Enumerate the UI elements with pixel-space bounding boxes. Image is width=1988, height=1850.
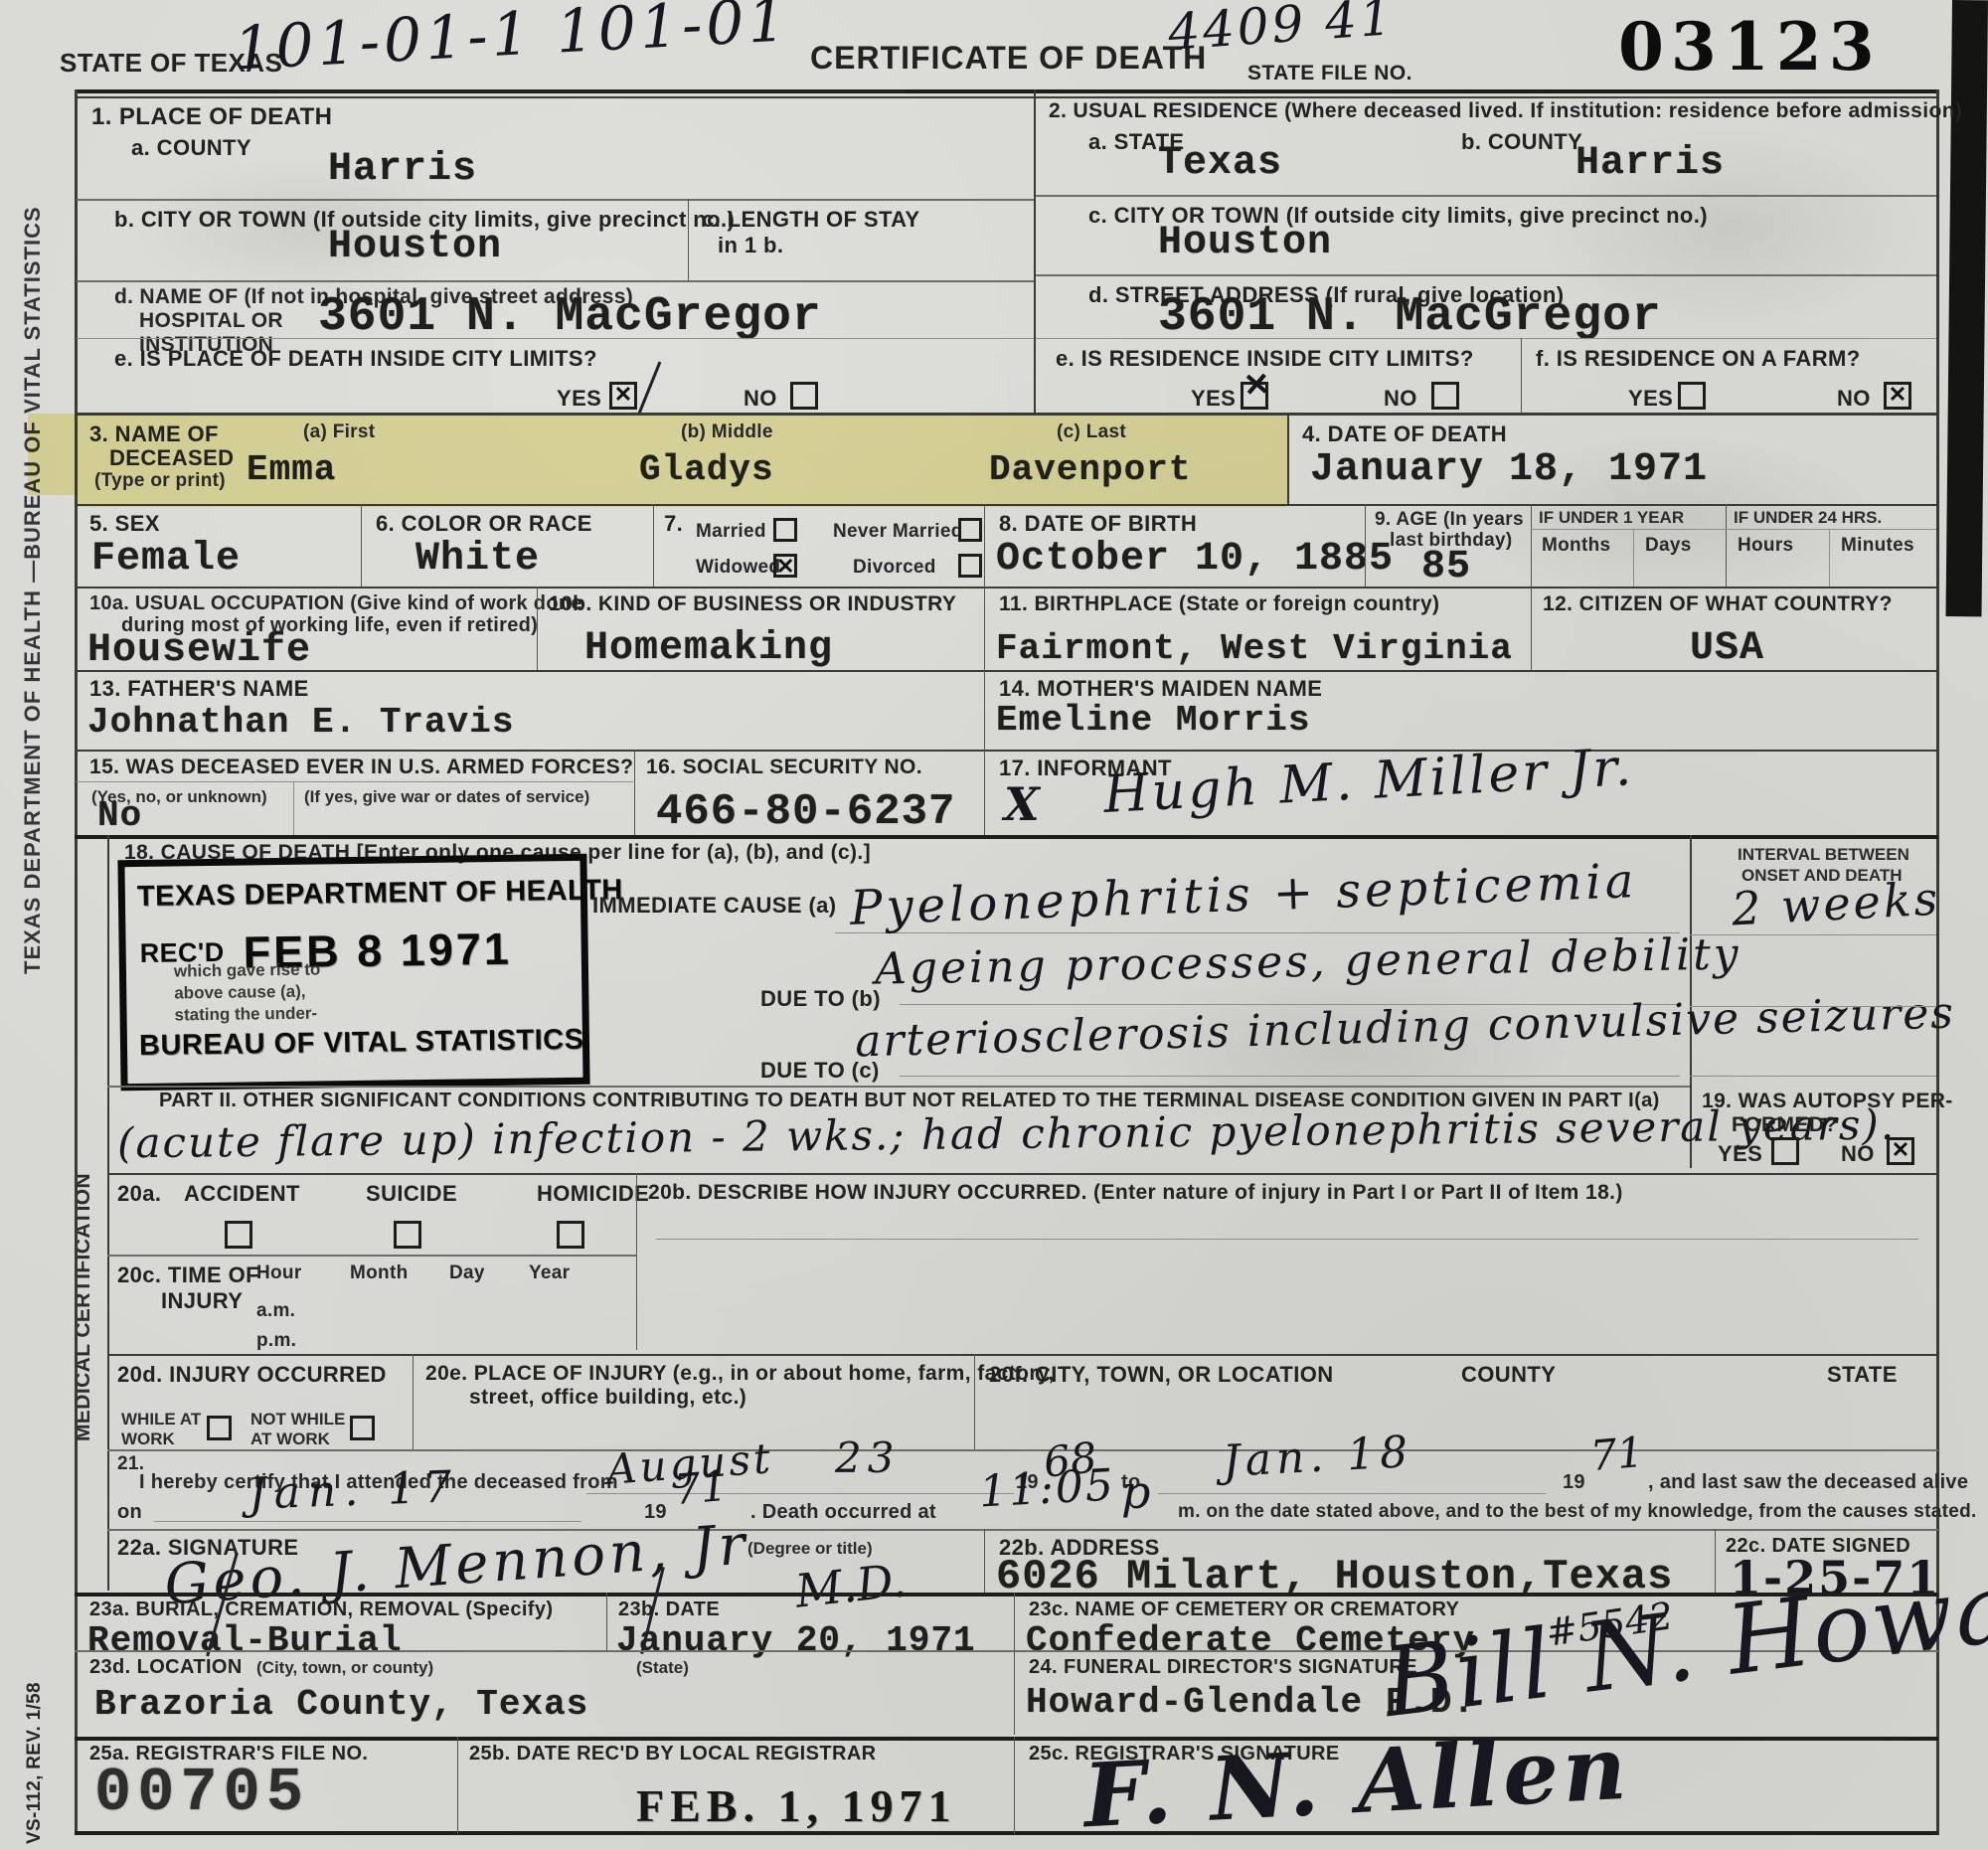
form-code-vertical-label: VS-112, REV. 1/58 — [24, 1670, 46, 1844]
injury-state-label: STATE — [1827, 1362, 1898, 1388]
death-inside-city-limits-label: e. IS PLACE OF DEATH INSIDE CITY LIMITS? — [114, 346, 597, 372]
usual-residence-title: 2. USUAL RESIDENCE (Where deceased lived… — [1049, 99, 1962, 123]
location-label: 23d. LOCATION — [89, 1656, 243, 1679]
divorced-checkbox — [958, 554, 982, 578]
middle-name-label: (b) Middle — [681, 421, 773, 443]
residence-city-no-checkbox — [1431, 382, 1459, 410]
death-ampm: p — [1121, 1465, 1150, 1519]
certificate-title: CERTIFICATE OF DEATH — [810, 40, 1207, 77]
stamp-bureau-line: BUREAU OF VITAL STATISTICS — [139, 1024, 584, 1063]
am-label: a.m. — [256, 1300, 295, 1322]
first-name-label: (a) First — [303, 421, 375, 443]
cause-note-line1: which gave rise to — [174, 959, 321, 981]
name-of-deceased-label3: (Type or print) — [94, 470, 226, 492]
occupation-label1: 10a. USUAL OCCUPATION (Give kind of work… — [89, 592, 582, 615]
hospital-name-value: 3601 N. MacGregor — [318, 290, 822, 344]
married-label: Married — [696, 521, 766, 543]
hours-label: Hours — [1738, 535, 1793, 557]
not-while-label1: NOT WHILE — [250, 1410, 345, 1430]
autopsy-label2: FORMED? — [1732, 1113, 1838, 1137]
state-file-no-label: STATE FILE NO. — [1247, 62, 1412, 85]
birthplace-value: Fairmont, West Virginia — [996, 628, 1513, 669]
accident-checkbox — [225, 1221, 252, 1249]
due-to-b-label: DUE TO (b) — [760, 986, 881, 1012]
death-city-no-label: NO — [744, 386, 777, 412]
mothers-maiden-name-value: Emeline Morris — [996, 700, 1310, 741]
handwritten-district-code: 101-01-1 101-01 — [233, 0, 792, 84]
sex-label: 5. SEX — [89, 511, 160, 537]
residence-city-value: Houston — [1158, 221, 1332, 265]
pm-label: p.m. — [256, 1330, 296, 1352]
minutes-label: Minutes — [1841, 535, 1914, 557]
autopsy-label1: 19. WAS AUTOPSY PER- — [1702, 1090, 1953, 1113]
cemetery-label: 23c. NAME OF CEMETERY OR CREMATORY — [1029, 1598, 1459, 1621]
homicide-label: HOMICIDE — [537, 1181, 649, 1207]
ssn-label: 16. SOCIAL SECURITY NO. — [646, 756, 922, 779]
residence-city-yes-checkbox — [1241, 382, 1268, 410]
widowed-label: Widowed — [696, 557, 780, 579]
immediate-cause-label: IMMEDIATE CAUSE (a) — [592, 893, 837, 919]
suicide-checkbox — [394, 1221, 421, 1249]
months-label: Months — [1542, 535, 1610, 557]
injury-occurred-label: 20d. INJURY OCCURRED — [117, 1362, 387, 1388]
injury-city-label: 20f. CITY, TOWN, OR LOCATION — [989, 1362, 1334, 1388]
interval-label1: INTERVAL BETWEEN — [1738, 845, 1909, 865]
place-of-death-title: 1. PLACE OF DEATH — [91, 103, 332, 131]
mothers-maiden-name-label: 14. MOTHER'S MAIDEN NAME — [999, 676, 1322, 702]
registrar-signature: F. N. Allen — [1081, 1716, 1633, 1848]
first-name-value: Emma — [247, 449, 336, 490]
last-seen-date: Jan. 17 — [248, 1461, 460, 1519]
length-of-stay-label: c. LENGTH OF STAY — [702, 207, 920, 233]
state-file-number-stamp: 03123 — [1618, 8, 1882, 85]
while-at-work-checkbox — [207, 1416, 232, 1440]
immediate-cause-value: Pyelonephritis + septicemia — [849, 853, 1638, 936]
citizen-value: USA — [1690, 626, 1764, 671]
pen-slash — [638, 361, 662, 414]
last-name-value: Davenport — [989, 449, 1191, 490]
informant-x-mark: X — [1004, 777, 1040, 831]
stamp-agency-line: TEXAS DEPARTMENT OF HEALTH — [137, 874, 623, 914]
sex-value: Female — [91, 537, 241, 582]
certify-line2-mid: . Death occurred at — [750, 1501, 936, 1524]
residence-city-no-label: NO — [1384, 386, 1417, 412]
burial-date-value: January 20, 1971 — [616, 1620, 976, 1661]
death-city-yes-checkbox — [609, 382, 637, 410]
color-or-race-value: White — [415, 537, 540, 582]
business-industry-value: Homemaking — [584, 626, 833, 671]
location-sub2: (State) — [636, 1658, 689, 1678]
handwritten-file-number: 4409 41 — [1166, 0, 1396, 62]
injury-county-label: COUNTY — [1461, 1362, 1556, 1388]
month-label: Month — [350, 1262, 408, 1284]
widowed-checkbox — [773, 554, 797, 578]
death-city-no-checkbox — [790, 382, 818, 410]
name-of-deceased-label2: DECEASED — [109, 445, 234, 471]
certify-line2-pre: on — [117, 1501, 142, 1524]
fathers-name-label: 13. FATHER'S NAME — [89, 676, 309, 702]
residence-state-value: Texas — [1158, 141, 1282, 186]
armed-forces-value: No — [97, 795, 142, 836]
burial-value: Removal-Burial — [87, 1620, 402, 1661]
age-value: 85 — [1421, 545, 1471, 589]
married-checkbox — [773, 518, 797, 542]
location-sub1: (City, town, or county) — [256, 1658, 433, 1678]
certify-line1-post: , and last saw the deceased alive — [1648, 1471, 1968, 1494]
residence-city-yes-label: YES — [1191, 386, 1236, 412]
homicide-checkbox — [557, 1221, 584, 1249]
last-name-label: (c) Last — [1057, 421, 1126, 443]
days-label: Days — [1645, 535, 1692, 557]
last-seen-year: 71 — [672, 1461, 730, 1514]
certify-line2-post: m. on the date stated above, and to the … — [1178, 1501, 1977, 1523]
date-recd-label: 25b. DATE REC'D BY LOCAL REGISTRAR — [469, 1743, 877, 1766]
never-married-label: Never Married — [833, 521, 963, 543]
farm-no-label: NO — [1837, 386, 1871, 412]
attended-to-year: 71 — [1588, 1428, 1646, 1480]
printed-19b: 19 — [1563, 1471, 1585, 1494]
birthplace-label: 11. BIRTHPLACE (State or foreign country… — [999, 592, 1439, 616]
burial-date-label: 23b. DATE — [618, 1598, 720, 1621]
street-address-value: 3601 N. MacGregor — [1158, 290, 1662, 344]
due-to-c-label: DUE TO (c) — [760, 1058, 880, 1084]
name-of-deceased-label1: 3. NAME OF — [89, 421, 219, 447]
business-industry-label: 10b. KIND OF BUSINESS OR INDUSTRY — [549, 592, 956, 616]
cause-note-line3: stating the under- — [174, 1004, 317, 1026]
length-of-stay-label2: in 1 b. — [718, 233, 783, 258]
residence-farm-label: f. IS RESIDENCE ON A FARM? — [1536, 346, 1861, 372]
date-of-death-value: January 18, 1971 — [1310, 447, 1708, 492]
cause-note-line2: above cause (a), — [174, 982, 306, 1004]
attended-to-date: Jan. 18 — [1222, 1427, 1414, 1487]
autopsy-yes-label: YES — [1718, 1141, 1762, 1167]
attended-from-day: 23 — [835, 1433, 900, 1482]
received-stamp: TEXAS DEPARTMENT OF HEALTH REC'D FEB 8 1… — [117, 854, 589, 1092]
death-certificate-scan: STATE OF TEXAS 101-01-1 101-01 CERTIFICA… — [0, 0, 1988, 1850]
time-of-injury-label1: 20c. TIME OF — [117, 1262, 259, 1288]
degree-or-title-label: (Degree or title) — [747, 1539, 873, 1559]
not-while-label2: AT WORK — [250, 1430, 330, 1449]
while-at-work-label1: WHILE AT — [121, 1410, 201, 1430]
armed-forces-label: 15. WAS DECEASED EVER IN U.S. ARMED FORC… — [89, 756, 633, 779]
citizen-label: 12. CITIZEN OF WHAT COUNTRY? — [1543, 592, 1893, 616]
color-or-race-label: 6. COLOR OR RACE — [376, 511, 592, 537]
marital-status-number: 7. — [664, 511, 683, 537]
autopsy-yes-checkbox — [1771, 1137, 1799, 1165]
date-recd-stamp: FEB. 1, 1971 — [636, 1779, 956, 1832]
time-of-injury-label2: INJURY — [161, 1288, 243, 1314]
occupation-value: Housewife — [87, 628, 311, 673]
date-of-birth-value: October 10, 1885 — [996, 537, 1394, 582]
hour-label: Hour — [256, 1262, 302, 1284]
farm-yes-checkbox — [1678, 382, 1706, 410]
farm-yes-label: YES — [1628, 386, 1673, 412]
hospital-name-label2: HOSPITAL OR — [139, 309, 283, 333]
year-label: Year — [529, 1262, 570, 1284]
if-under-1-year-label: IF UNDER 1 YEAR — [1539, 508, 1684, 528]
autopsy-no-label: NO — [1841, 1141, 1875, 1167]
county-value: Harris — [328, 147, 477, 192]
armed-forces-sub2: (If yes, give war or dates of service) — [304, 787, 589, 807]
scan-edge-right — [1946, 0, 1988, 616]
accident-label: ACCIDENT — [184, 1181, 300, 1207]
autopsy-no-checkbox — [1887, 1137, 1914, 1165]
location-value: Brazoria County, Texas — [94, 1684, 588, 1725]
middle-name-value: Gladys — [639, 449, 774, 490]
not-while-checkbox — [350, 1416, 375, 1440]
suicide-label: SUICIDE — [366, 1181, 457, 1207]
city-or-town-value: Houston — [328, 225, 502, 269]
date-of-death-label: 4. DATE OF DEATH — [1302, 421, 1507, 447]
describe-injury-label: 20b. DESCRIBE HOW INJURY OCCURRED. (Ente… — [648, 1181, 1623, 1205]
farm-no-checkbox — [1884, 382, 1911, 410]
degree-value: M.D. — [792, 1553, 909, 1617]
never-married-checkbox — [958, 518, 982, 542]
divorced-label: Divorced — [853, 557, 936, 579]
day-label: Day — [449, 1262, 485, 1284]
place-of-injury-label1: 20e. PLACE OF INJURY (e.g., in or about … — [425, 1362, 1055, 1386]
death-city-yes-label: YES — [557, 386, 601, 412]
registrar-file-no-stamp: 00705 — [94, 1758, 309, 1828]
residence-county-value: Harris — [1575, 141, 1725, 186]
while-at-work-label2: WORK — [121, 1430, 175, 1449]
if-under-24-hrs-label: IF UNDER 24 HRS. — [1734, 508, 1882, 528]
due-to-b-value1: Ageing processes, general debility — [875, 928, 1741, 994]
s20a-number: 20a. — [117, 1181, 161, 1207]
place-of-injury-label2: street, office building, etc.) — [469, 1386, 746, 1410]
age-label1: 9. AGE (In years — [1375, 509, 1524, 531]
interval-value: 2 weeks — [1731, 872, 1942, 936]
residence-county-label: b. COUNTY — [1461, 129, 1582, 155]
funeral-director-label: 24. FUNERAL DIRECTOR'S SIGNATURE — [1029, 1656, 1417, 1679]
burial-label: 23a. BURIAL, CREMATION, REMOVAL (Specify… — [89, 1598, 553, 1621]
county-label: a. COUNTY — [131, 135, 251, 161]
ssn-value: 466-80-6237 — [656, 787, 955, 837]
death-time: 11:05 — [978, 1459, 1116, 1517]
fathers-name-value: Johnathan E. Travis — [87, 702, 514, 743]
highlight-sidebar — [28, 414, 75, 495]
date-of-birth-label: 8. DATE OF BIRTH — [999, 511, 1197, 537]
